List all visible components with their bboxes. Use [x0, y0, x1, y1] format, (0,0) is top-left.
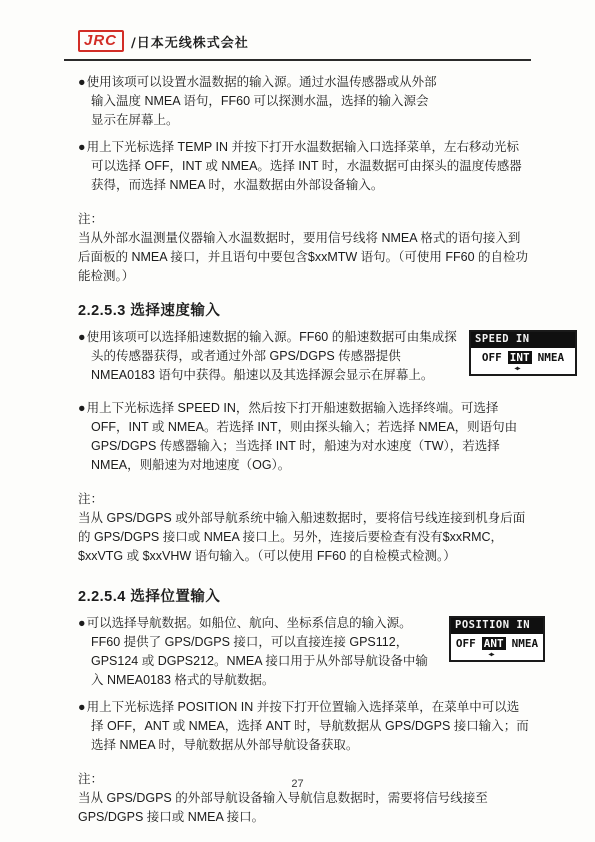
- speed-in-screen-box: SPEED IN OFF INT NMEA ◀▶: [469, 330, 577, 376]
- bullet-icon: ●: [78, 700, 86, 714]
- screen-title: POSITION IN: [451, 618, 543, 634]
- speed-intro-block: SPEED IN OFF INT NMEA ◀▶ ●使用该项可以选择船速数据的输…: [78, 328, 530, 385]
- left-right-arrows-icon: ◀▶: [514, 365, 519, 372]
- bullet-icon: ●: [78, 140, 86, 154]
- option-off: OFF: [482, 351, 502, 364]
- position-in-screen-box: POSITION IN OFF ANT NMEA ◀▶: [449, 616, 545, 662]
- temp-note-text: 当从外部水温测量仪器输入水温数据时，要用信号线将 NMEA 格式的语句接入到后面…: [78, 229, 530, 286]
- option-ant-selected: ANT: [482, 637, 506, 650]
- section-heading-speed: 2.2.5.3 选择速度输入: [78, 302, 530, 321]
- bullet-icon: ●: [78, 616, 86, 630]
- note-label: 注：: [78, 210, 530, 229]
- screen-options: OFF INT NMEA: [482, 351, 564, 364]
- section-heading-position: 2.2.5.4 选择位置输入: [78, 588, 530, 607]
- option-nmea: NMEA: [512, 637, 539, 650]
- left-right-arrows-icon: ◀▶: [488, 651, 493, 658]
- temp-in-select-bullet: ●用上下光标选择 TEMP IN 并按下打开水温数据输入口选择菜单，左右移动光标…: [78, 138, 530, 195]
- page-header: JRC /日本无线株式会社: [64, 30, 531, 61]
- speed-note-text: 当从 GPS/DGPS 或外部导航系统中输入船速数据时，要将信号线连接到机身后面…: [78, 509, 530, 566]
- screen-title: SPEED IN: [471, 332, 575, 348]
- bullet-icon: ●: [78, 75, 86, 89]
- note-label: 注：: [78, 490, 530, 509]
- bullet-text: 使用该项可以设置水温数据的输入源。通过水温传感器或从外部输入温度 NMEA 语句…: [87, 75, 437, 127]
- bullet-text: 可以选择导航数据。如船位、航向、坐标系信息的输入源。FF60 提供了 GPS/D…: [87, 616, 428, 687]
- position-note-text: 当从 GPS/DGPS 的外部导航设备输入导航信息数据时，需要将信号线接至 GP…: [78, 789, 530, 827]
- bullet-text: 用上下光标选择 POSITION IN 并按下打开位置输入选择菜单，在菜单中可以…: [87, 700, 529, 752]
- bullet-text: 使用该项可以选择船速数据的输入源。FF60 的船速数据可由集成探头的传感器获得，…: [87, 330, 457, 382]
- manual-page: JRC /日本无线株式会社 ●使用该项可以设置水温数据的输入源。通过水温传感器或…: [0, 0, 595, 842]
- screen-body: OFF ANT NMEA ◀▶: [451, 634, 543, 660]
- bullet-icon: ●: [78, 330, 86, 344]
- page-content: ●使用该项可以设置水温数据的输入源。通过水温传感器或从外部输入温度 NMEA 语…: [0, 61, 595, 827]
- position-in-select-bullet: ●用上下光标选择 POSITION IN 并按下打开位置输入选择菜单，在菜单中可…: [78, 698, 530, 755]
- jrc-logo: JRC: [78, 30, 124, 52]
- speed-in-desc-bullet: ●使用该项可以选择船速数据的输入源。FF60 的船速数据可由集成探头的传感器获得…: [78, 328, 530, 385]
- screen-body: OFF INT NMEA ◀▶: [471, 348, 575, 374]
- speed-in-select-bullet: ●用上下光标选择 SPEED IN，然后按下打开船速数据输入选择终端。可选择 O…: [78, 399, 530, 475]
- company-name: /日本无线株式会社: [131, 32, 249, 51]
- temp-in-desc-bullet: ●使用该项可以设置水温数据的输入源。通过水温传感器或从外部输入温度 NMEA 语…: [78, 73, 441, 130]
- bullet-text: 用上下光标选择 TEMP IN 并按下打开水温数据输入口选择菜单，左右移动光标可…: [87, 140, 522, 192]
- bullet-text: 用上下光标选择 SPEED IN，然后按下打开船速数据输入选择终端。可选择 OF…: [87, 401, 518, 472]
- screen-options: OFF ANT NMEA: [456, 637, 538, 650]
- option-nmea: NMEA: [538, 351, 565, 364]
- bullet-icon: ●: [78, 401, 86, 415]
- page-number: 27: [0, 778, 595, 790]
- position-intro-block: POSITION IN OFF ANT NMEA ◀▶ ●可以选择导航数据。如船…: [78, 614, 530, 690]
- option-int-selected: INT: [508, 351, 532, 364]
- option-off: OFF: [456, 637, 476, 650]
